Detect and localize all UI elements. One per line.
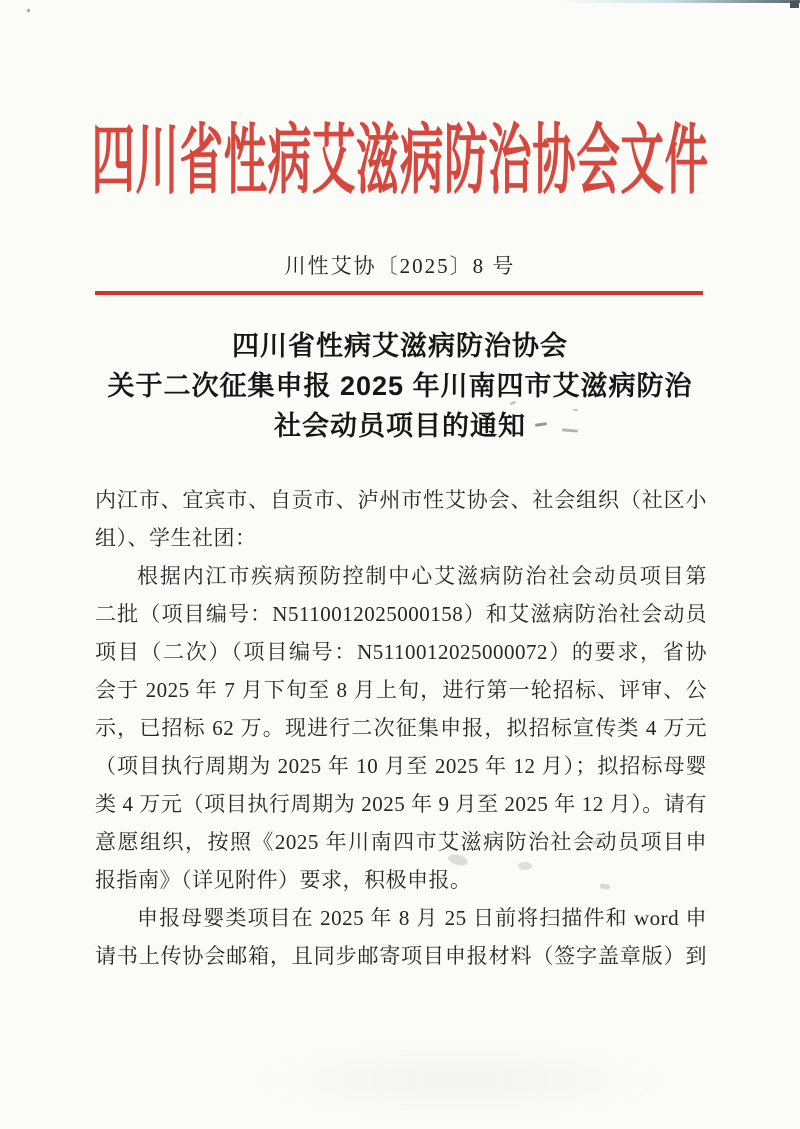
body-line: 申报母婴类项目在 2025 年 8 月 25 日前将扫描件和 word 申: [95, 899, 707, 937]
body-line: 意愿组织，按照《2025 年川南四市艾滋病防治社会动员项目申: [95, 823, 707, 861]
body-line: 二批（项目编号：N5110012025000158）和艾滋病防治社会动员: [95, 595, 707, 633]
body-paragraph: 根据内江市疾病预防控制中心艾滋病防治社会动员项目第 二批（项目编号：N51100…: [95, 557, 707, 899]
scan-bleedthrough: [250, 1040, 670, 1120]
body-line: （项目执行周期为 2025 年 10 月至 2025 年 12 月）；拟招标母婴: [95, 747, 707, 785]
notice-title-line-2: 关于二次征集申报 2025 年川南四市艾滋病防治: [0, 366, 800, 406]
body-line: 内江市、宜宾市、自贡市、泸州市性艾协会、社会组织（社区小: [95, 481, 707, 519]
body-line: 项目（二次）（项目编号：N5110012025000072）的要求，省协: [95, 633, 707, 671]
salutation-paragraph: 内江市、宜宾市、自贡市、泸州市性艾协会、社会组织（社区小 组）、学生社团：: [95, 481, 707, 557]
body-line: 请书上传协会邮箱，且同步邮寄项目申报材料（签字盖章版）到: [95, 937, 707, 975]
body-line: 会于 2025 年 7 月下旬至 8 月上旬，进行第一轮招标、评审、公: [95, 671, 707, 709]
scan-edge-artifact: [560, 0, 800, 3]
body-line: 组）、学生社团：: [95, 519, 707, 557]
notice-title-line-1: 四川省性病艾滋病防治协会: [0, 326, 800, 366]
scan-speck: [26, 8, 30, 12]
doc-number: 川性艾协〔2025〕8 号: [0, 250, 800, 280]
notice-title-line-3: 社会动员项目的通知: [0, 406, 800, 446]
scanned-document-page: 四川省性病艾滋病防治协会文件 川性艾协〔2025〕8 号 四川省性病艾滋病防治协…: [0, 0, 800, 1129]
letterhead-title: 四川省性病艾滋病防治协会文件: [91, 99, 708, 208]
body-paragraph: 申报母婴类项目在 2025 年 8 月 25 日前将扫描件和 word 申 请书…: [95, 899, 707, 975]
body-line: 根据内江市疾病预防控制中心艾滋病防治社会动员项目第: [95, 557, 707, 595]
body-line: 报指南》（详见附件）要求，积极申报。: [95, 861, 707, 899]
red-divider-line: [95, 291, 703, 295]
body-line: 类 4 万元（项目执行周期为 2025 年 9 月至 2025 年 12 月）。…: [95, 785, 707, 823]
letterhead: 四川省性病艾滋病防治协会文件: [0, 108, 800, 200]
body-line: 示，已招标 62 万。现进行二次征集申报，拟招标宣传类 4 万元: [95, 709, 707, 747]
scan-corner-mark: [790, 1, 799, 8]
notice-body: 内江市、宜宾市、自贡市、泸州市性艾协会、社会组织（社区小 组）、学生社团： 根据…: [95, 481, 707, 975]
notice-title: 四川省性病艾滋病防治协会 关于二次征集申报 2025 年川南四市艾滋病防治 社会…: [0, 326, 800, 446]
